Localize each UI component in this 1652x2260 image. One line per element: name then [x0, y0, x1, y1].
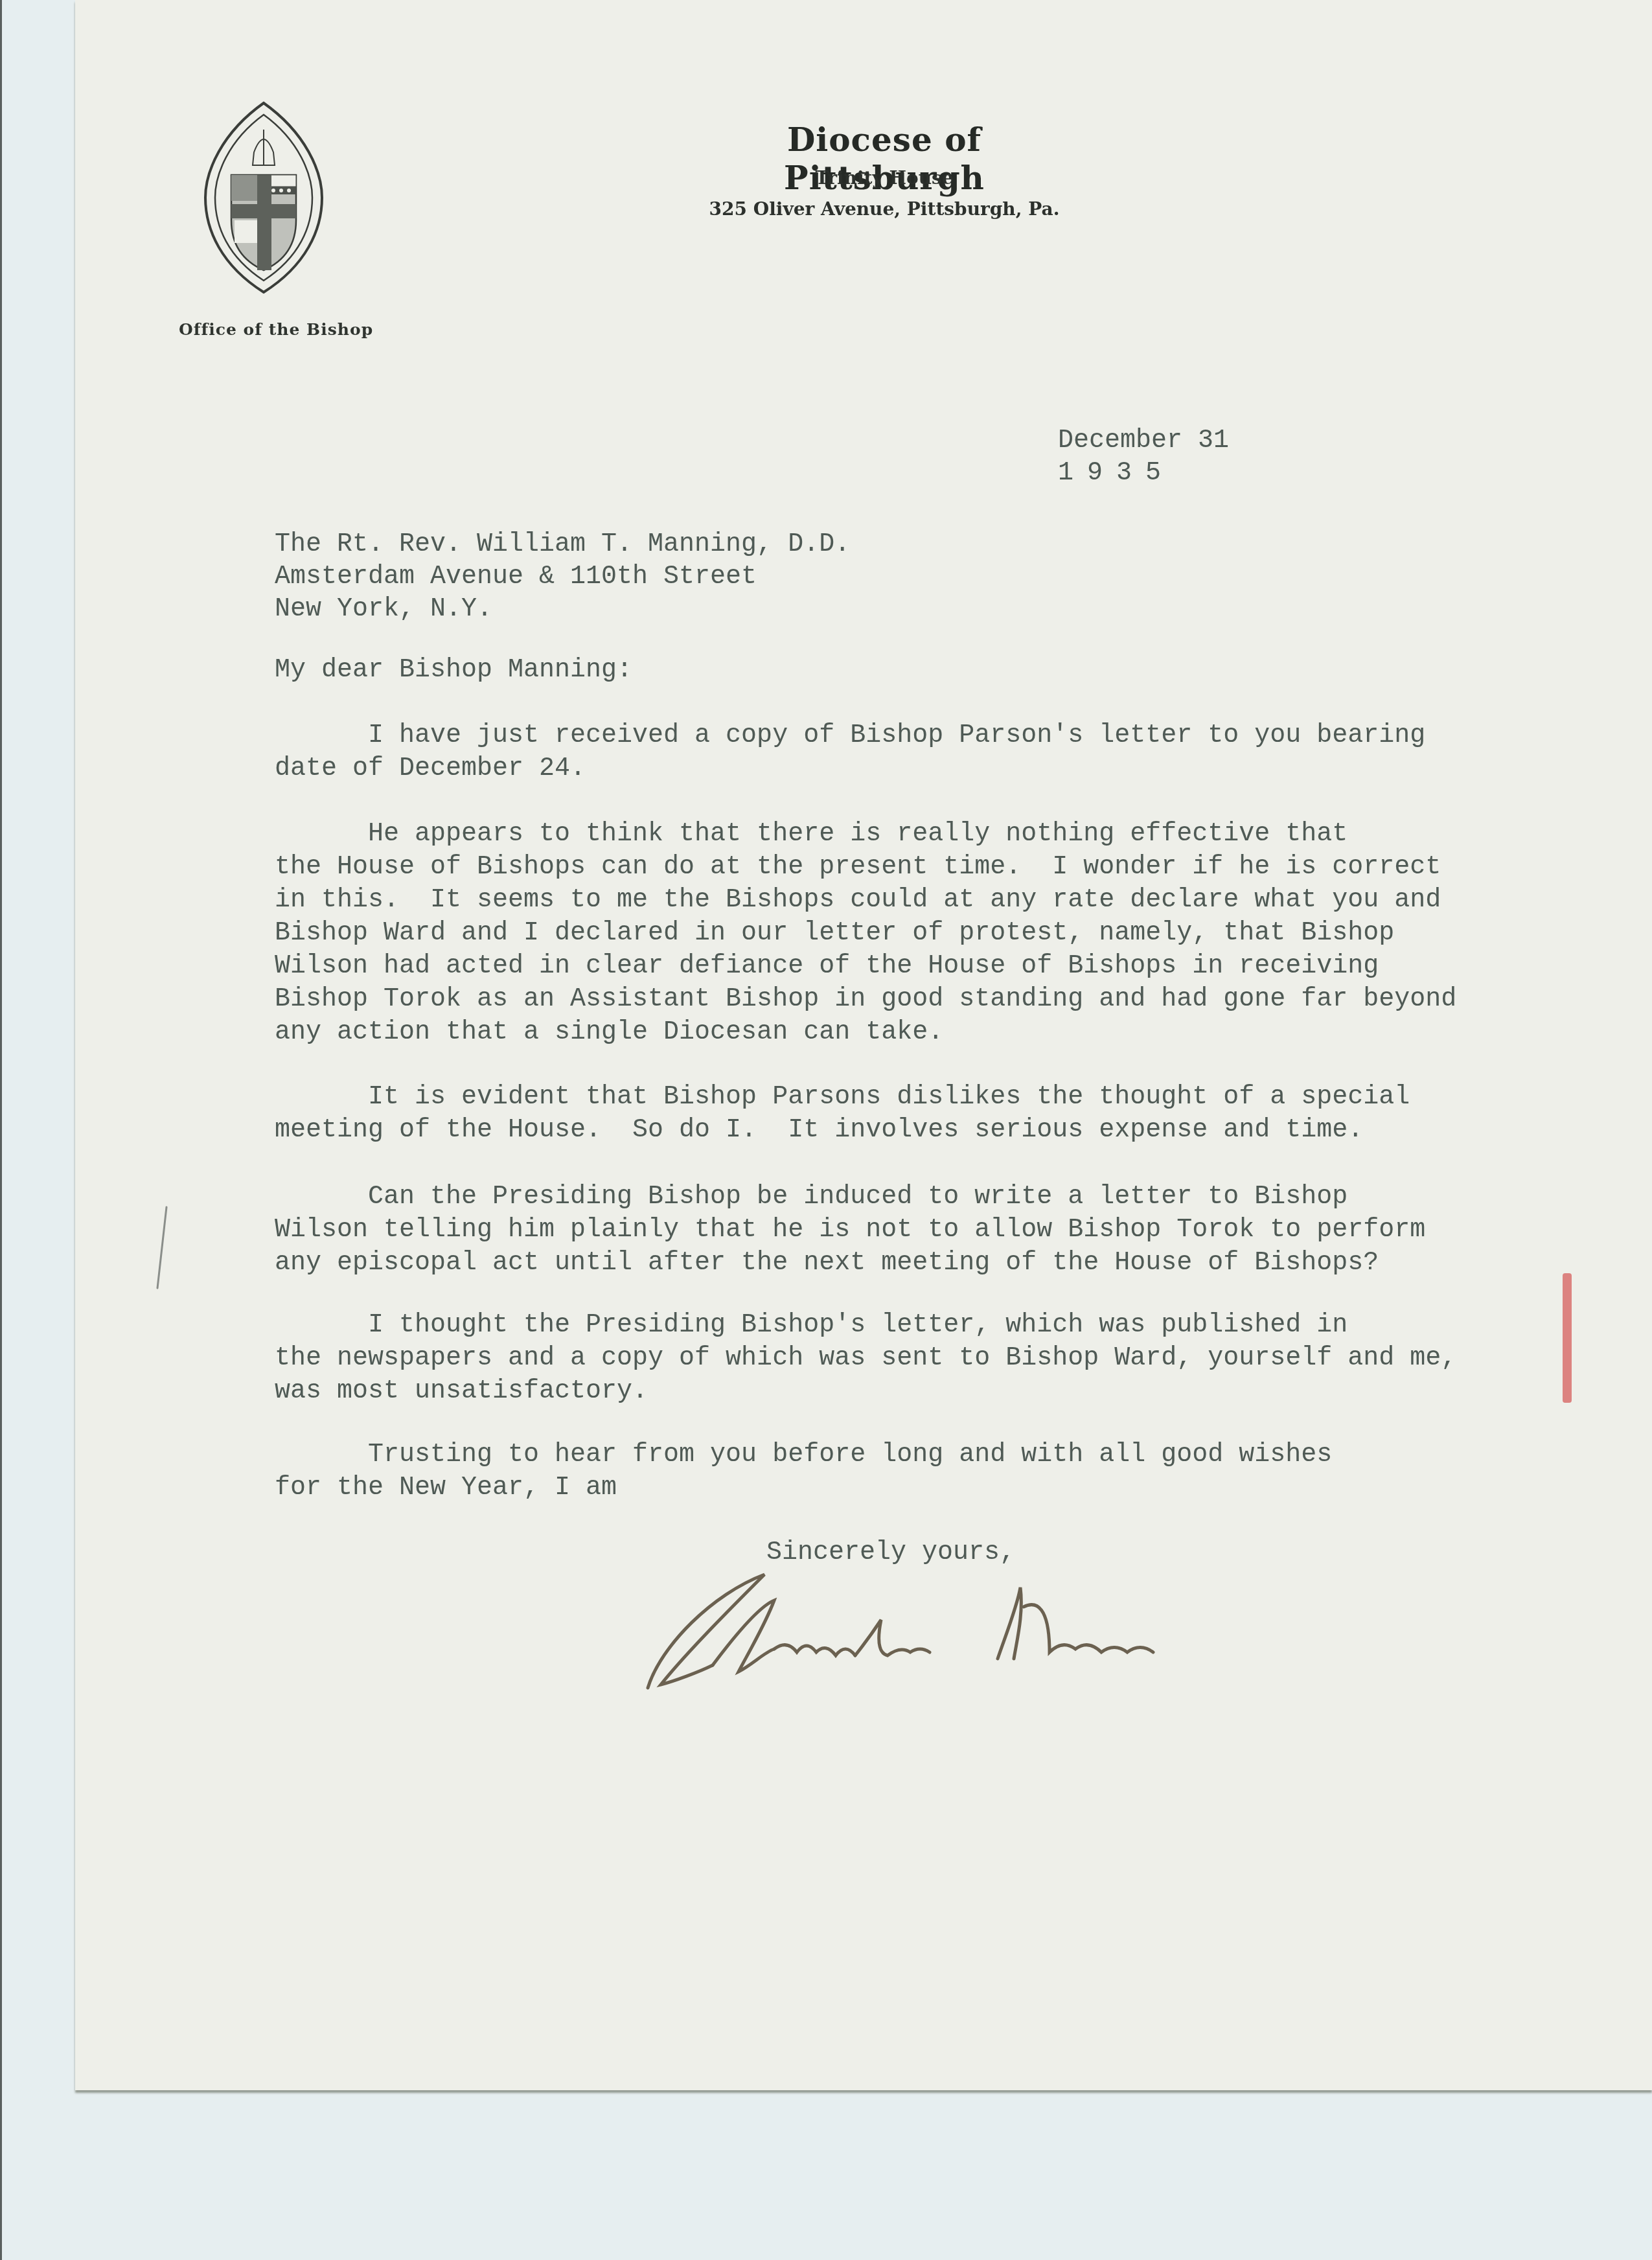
paragraph-line: the newspapers and a copy of which was s…	[275, 1342, 1456, 1375]
body-paragraph-6: Trusting to hear from you before long an…	[275, 1438, 1332, 1505]
paragraph-line: Bishop Ward and I declared in our letter…	[275, 917, 1456, 950]
addressee-name: The Rt. Rev. William T. Manning, D.D.	[275, 529, 850, 561]
date-year: 1935	[1058, 457, 1229, 490]
body-paragraph-4: Can the Presiding Bishop be induced to w…	[275, 1181, 1425, 1280]
body-paragraph-1: I have just received a copy of Bishop Pa…	[275, 719, 1425, 785]
paragraph-line: the House of Bishops can do at the prese…	[275, 851, 1456, 884]
addressee-street: Amsterdam Avenue & 110th Street	[275, 561, 850, 594]
paragraph-line: It is evident that Bishop Parsons dislik…	[275, 1081, 1410, 1114]
date-day: December 31	[1058, 425, 1229, 457]
letterhead-building: Trinity House	[703, 167, 1066, 189]
paragraph-line: I have just received a copy of Bishop Pa…	[275, 719, 1425, 752]
body-paragraph-3: It is evident that Bishop Parsons dislik…	[275, 1081, 1410, 1147]
addressee-block: The Rt. Rev. William T. Manning, D.D.Ams…	[275, 529, 850, 626]
pencil-margin-mark	[152, 1204, 178, 1295]
paragraph-line: Bishop Torok as an Assistant Bishop in g…	[275, 983, 1456, 1016]
paragraph-line: for the New Year, I am	[275, 1471, 1332, 1505]
paragraph-line: any action that a single Diocesan can ta…	[275, 1016, 1456, 1049]
letter-date: December 311935	[1058, 425, 1229, 490]
letterhead-address: 325 Oliver Avenue, Pittsburgh, Pa.	[703, 198, 1066, 220]
paragraph-line: meeting of the House. So do I. It involv…	[275, 1114, 1410, 1147]
red-pencil-margin-mark	[1563, 1273, 1572, 1403]
office-of-the-bishop: Office of the Bishop	[179, 320, 373, 339]
paragraph-line: Wilson telling him plainly that he is no…	[275, 1214, 1425, 1247]
paragraph-line: Trusting to hear from you before long an…	[275, 1438, 1332, 1471]
paragraph-line: in this. It seems to me the Bishops coul…	[275, 884, 1456, 917]
addressee-city: New York, N.Y.	[275, 594, 850, 626]
scanner-edge	[0, 0, 2, 2260]
handwritten-signature: Alexander Mann	[635, 1568, 1380, 1698]
body-paragraph-2: He appears to think that there is really…	[275, 818, 1456, 1049]
paragraph-line: was most unsatisfactory.	[275, 1375, 1456, 1408]
diocesan-seal-icon	[202, 100, 325, 295]
paragraph-line: Can the Presiding Bishop be induced to w…	[275, 1181, 1425, 1214]
paragraph-line: He appears to think that there is really…	[275, 818, 1456, 851]
paragraph-line: Wilson had acted in clear defiance of th…	[275, 950, 1456, 983]
closing: Sincerely yours,	[766, 1537, 1015, 1569]
paragraph-line: any episcopal act until after the next m…	[275, 1247, 1425, 1280]
paragraph-line: date of December 24.	[275, 752, 1425, 785]
paragraph-line: I thought the Presiding Bishop's letter,…	[275, 1309, 1456, 1342]
salutation: My dear Bishop Manning:	[275, 654, 632, 687]
body-paragraph-5: I thought the Presiding Bishop's letter,…	[275, 1309, 1456, 1408]
